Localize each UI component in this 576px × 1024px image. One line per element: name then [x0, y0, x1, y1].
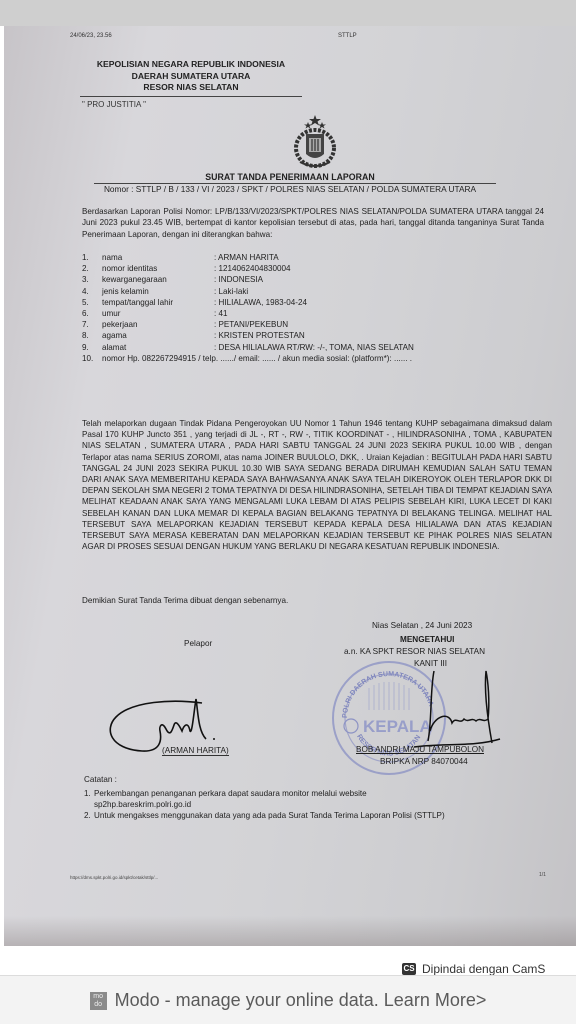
- identity-row: 5.tempat/tanggal lahir: HILIALAWA, 1983-…: [82, 297, 552, 308]
- print-code: STTLP: [338, 33, 357, 39]
- pro-justitia: " PRO JUSTITIA ": [82, 100, 146, 109]
- officer-name: BOB ANDRI MAJU TAMPUBOLON: [356, 745, 484, 754]
- identity-value: : Laki-laki: [214, 286, 552, 297]
- on-behalf-label: a.n. KA SPKT RESOR NIAS SELATAN: [344, 647, 485, 656]
- identity-value: : ARMAN HARITA: [214, 252, 552, 263]
- footer-page-number: 1/1: [539, 872, 546, 878]
- camscanner-watermark: CS Dipindai dengan CamS: [402, 962, 545, 976]
- identity-n: 10.: [82, 353, 102, 364]
- identity-n: 6.: [82, 308, 102, 319]
- identity-row: 6.umur: 41: [82, 308, 552, 319]
- note-text: Untuk mengakses menggunakan data yang ad…: [94, 810, 445, 821]
- identity-label: nomor identitas: [102, 263, 214, 274]
- letterhead-line: DAERAH SUMATERA UTARA: [80, 71, 302, 83]
- identity-value: [412, 353, 552, 364]
- identity-value: : 1214062404830004: [214, 263, 552, 274]
- identity-row: 8.agama: KRISTEN PROTESTAN: [82, 330, 552, 341]
- camscanner-icon: CS: [402, 963, 416, 975]
- identity-n: 1.: [82, 252, 102, 263]
- identity-n: 7.: [82, 319, 102, 330]
- reporter-name: (ARMAN HARITA): [162, 746, 229, 756]
- identity-label: jenis kelamin: [102, 286, 214, 297]
- identity-n: 3.: [82, 274, 102, 285]
- identity-row: 4.jenis kelamin: Laki-laki: [82, 286, 552, 297]
- identity-label: umur: [102, 308, 214, 319]
- narrative-paragraph: Telah melaporkan dugaan Tindak Pidana Pe…: [82, 418, 552, 552]
- identity-list: 1.nama: ARMAN HARITA2.nomor identitas: 1…: [82, 252, 552, 364]
- letterhead-line: KEPOLISIAN NEGARA REPUBLIK INDONESIA: [80, 59, 302, 71]
- identity-n: 2.: [82, 263, 102, 274]
- identity-label: nomor Hp. 082267294915 / telp. ....../ e…: [102, 353, 412, 364]
- scanned-document: 24/06/23, 23.56 STTLP KEPOLISIAN NEGARA …: [4, 26, 576, 946]
- identity-row: 10.nomor Hp. 082267294915 / telp. ......…: [82, 353, 552, 364]
- identity-value: : HILIALAWA, 1983-04-24: [214, 297, 552, 308]
- note-text: Perkembangan penanganan perkara dapat sa…: [94, 788, 394, 810]
- identity-row: 2.nomor identitas: 1214062404830004: [82, 263, 552, 274]
- identity-n: 4.: [82, 286, 102, 297]
- identity-label: kewarganegaraan: [102, 274, 214, 285]
- reporter-label: Pelapor: [184, 639, 212, 648]
- camscanner-text: Dipindai dengan CamS: [422, 962, 545, 976]
- modo-logo-icon: mo do: [90, 992, 107, 1010]
- identity-n: 5.: [82, 297, 102, 308]
- notes-list: 1. Perkembangan penanganan perkara dapat…: [84, 788, 554, 822]
- identity-label: pekerjaan: [102, 319, 214, 330]
- intro-paragraph: Berdasarkan Laporan Polisi Nomor: LP/B/1…: [82, 206, 544, 240]
- identity-value: : 41: [214, 308, 552, 319]
- letterhead-line: RESOR NIAS SELATAN: [80, 82, 302, 94]
- identity-value: : KRISTEN PROTESTAN: [214, 330, 552, 341]
- ad-banner-link[interactable]: Modo - manage your online data. Learn Mo…: [115, 990, 487, 1011]
- document-title: SURAT TANDA PENERIMAAN LAPORAN: [4, 172, 576, 182]
- identity-value: : PETANI/PEKEBUN: [214, 319, 552, 330]
- acknowledge-label: MENGETAHUI: [400, 635, 454, 644]
- identity-row: 7.pekerjaan: PETANI/PEKEBUN: [82, 319, 552, 330]
- place-date: Nias Selatan , 24 Juni 2023: [372, 621, 472, 630]
- letterhead-divider: [80, 96, 302, 97]
- identity-row: 3.kewarganegaraan: INDONESIA: [82, 274, 552, 285]
- ad-banner[interactable]: mo do Modo - manage your online data. Le…: [0, 975, 576, 1024]
- identity-row: 1.nama: ARMAN HARITA: [82, 252, 552, 263]
- document-number: Nomor : STTLP / B / 133 / VI / 2023 / SP…: [4, 184, 576, 194]
- notes-title: Catatan :: [84, 774, 117, 785]
- officer-rank: BRIPKA NRP 84070044: [380, 757, 468, 766]
- identity-row: 9.alamat: DESA HILIALAWA RT/RW: -/-, TOM…: [82, 342, 552, 353]
- police-emblem-icon: [284, 114, 346, 170]
- identity-n: 9.: [82, 342, 102, 353]
- identity-label: nama: [102, 252, 214, 263]
- top-bar: [0, 0, 576, 26]
- identity-n: 8.: [82, 330, 102, 341]
- letterhead: KEPOLISIAN NEGARA REPUBLIK INDONESIA DAE…: [80, 59, 302, 94]
- footer-url: https://dms.spkt.polri.go.id/spkt/cetak/…: [70, 875, 158, 880]
- note-item: 2. Untuk mengakses menggunakan data yang…: [84, 810, 554, 821]
- identity-label: agama: [102, 330, 214, 341]
- identity-label: tempat/tanggal lahir: [102, 297, 214, 308]
- identity-label: alamat: [102, 342, 214, 353]
- identity-value: : DESA HILIALAWA RT/RW: -/-, TOMA, NIAS …: [214, 342, 552, 353]
- note-item: 1. Perkembangan penanganan perkara dapat…: [84, 788, 554, 810]
- identity-value: : INDONESIA: [214, 274, 552, 285]
- print-date: 24/06/23, 23.56: [70, 33, 112, 39]
- closing-statement: Demikian Surat Tanda Terima dibuat denga…: [82, 596, 288, 605]
